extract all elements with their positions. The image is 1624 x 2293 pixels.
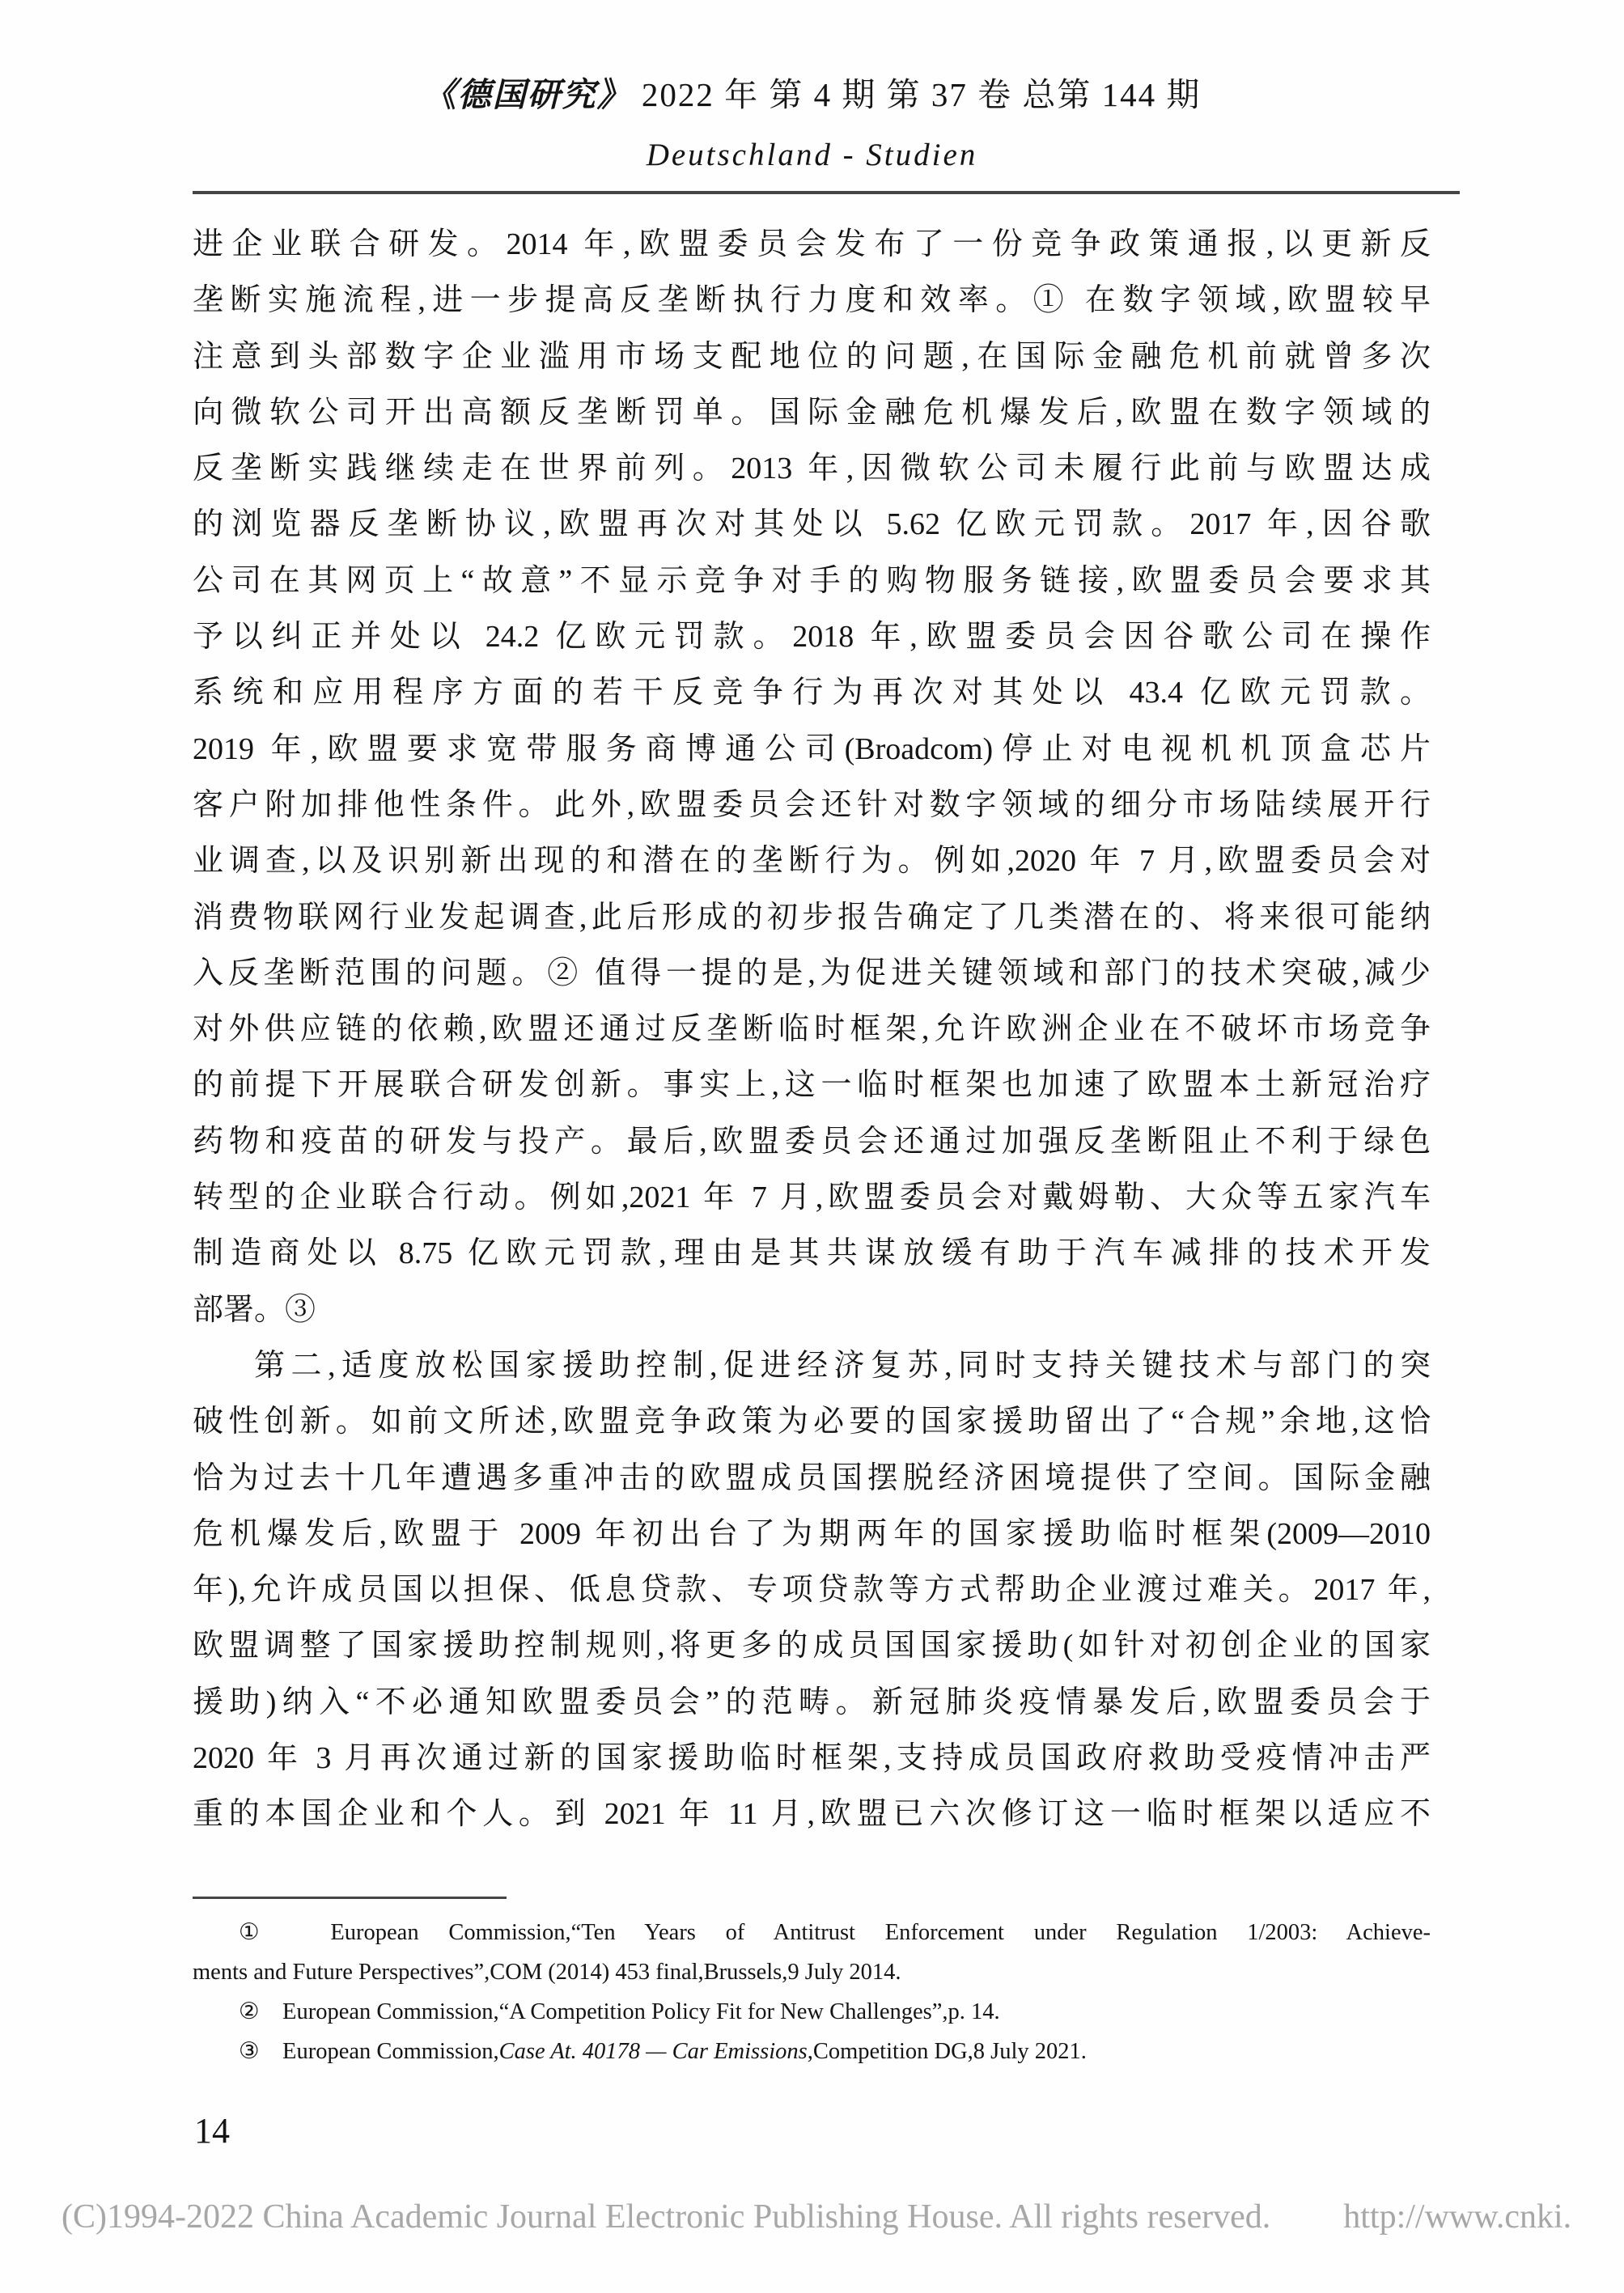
body-line-paragraph-end: 部署。③: [193, 1282, 1431, 1338]
header-divider: [193, 191, 1460, 194]
body-line: 系统和应用程序方面的若干反竞争行为再次对其处以 43.4 亿欧元罚款。: [193, 665, 1431, 721]
body-line: 对外供应链的依赖,欧盟还通过反垄断临时框架,允许欧洲企业在不破坏市场竞争: [193, 1002, 1431, 1057]
body-line: 注意到头部数字企业滥用市场支配地位的问题,在国际金融危机前就曾多次: [193, 329, 1431, 385]
footnote-1-line-1: ① European Commission,“Ten Years of Anti…: [193, 1913, 1431, 1952]
body-line: 向微软公司开出高额反垄断罚单。国际金融危机爆发后,欧盟在数字领域的: [193, 385, 1431, 441]
body-line: 的前提下开展联合研发创新。事实上,这一临时框架也加速了欧盟本土新冠治疗: [193, 1057, 1431, 1113]
body-line: 垄断实施流程,进一步提高反垄断执行力度和效率。① 在数字领域,欧盟较早: [193, 273, 1431, 328]
body-line: 入反垄断范围的问题。② 值得一提的是,为促进关键领域和部门的技术突破,减少: [193, 946, 1431, 1002]
body-line: 重的本国企业和个人。到 2021 年 11 月,欧盟已六次修订这一临时框架以适应…: [193, 1787, 1431, 1842]
page-header: 《德国研究》 2022 年 第 4 期 第 37 卷 总第 144 期 Deut…: [0, 68, 1624, 173]
body-line: 进企业联合研发。2014 年,欧盟委员会发布了一份竞争政策通报,以更新反: [193, 217, 1431, 273]
body-line: 年),允许成员国以担保、低息贷款、专项贷款等方式帮助企业渡过难关。2017 年,: [193, 1562, 1431, 1618]
journal-page: 《德国研究》 2022 年 第 4 期 第 37 卷 总第 144 期 Deut…: [0, 0, 1624, 2293]
body-line: 予以纠正并处以 24.2 亿欧元罚款。2018 年,欧盟委员会因谷歌公司在操作: [193, 609, 1431, 665]
page-number: 14: [194, 2110, 230, 2151]
body-text: 进企业联合研发。2014 年,欧盟委员会发布了一份竞争政策通报,以更新反 垄断实…: [193, 217, 1431, 1843]
copyright-footer: (C)1994-2022 China Academic Journal Elec…: [61, 2198, 1624, 2236]
footnote-3-prefix: ③ European Commission,: [239, 2039, 499, 2064]
journal-title-cn: 《德国研究》: [423, 76, 632, 113]
copyright-notice: (C)1994-2022 China Academic Journal Elec…: [61, 2198, 1270, 2236]
body-line: 反垄断实践继续走在世界前列。2013 年,因微软公司未履行此前与欧盟达成: [193, 441, 1431, 497]
body-line: 破性创新。如前文所述,欧盟竞争政策为必要的国家援助留出了“合规”余地,这恰: [193, 1394, 1431, 1450]
footnotes: ① European Commission,“Ten Years of Anti…: [193, 1913, 1431, 2071]
body-line: 欧盟调整了国家援助控制规则,将更多的成员国国家援助(如针对初创企业的国家: [193, 1618, 1431, 1674]
body-line: 业调查,以及识别新出现的和潜在的垄断行为。例如,2020 年 7 月,欧盟委员会…: [193, 833, 1431, 889]
journal-title-line: 《德国研究》 2022 年 第 4 期 第 37 卷 总第 144 期: [0, 68, 1624, 116]
footnote-3-case-title: Case At. 40178 — Car Emissions: [499, 2039, 808, 2064]
journal-title-de: Deutschland - Studien: [0, 137, 1624, 173]
body-line: 2020 年 3 月再次通过新的国家援助临时框架,支持成员国政府救助受疫情冲击严: [193, 1731, 1431, 1787]
body-line: 的浏览器反垄断协议,欧盟再次对其处以 5.62 亿欧元罚款。2017 年,因谷歌: [193, 497, 1431, 553]
body-line: 转型的企业联合行动。例如,2021 年 7 月,欧盟委员会对戴姆勒、大众等五家汽…: [193, 1170, 1431, 1226]
body-line: 客户附加排他性条件。此外,欧盟委员会还针对数字领域的细分市场陆续展开行: [193, 778, 1431, 833]
footnote-separator: [193, 1897, 507, 1899]
body-line: 危机爆发后,欧盟于 2009 年初出台了为期两年的国家援助临时框架(2009—2…: [193, 1507, 1431, 1562]
footnote-1-line-2: ments and Future Perspectives”,COM (2014…: [193, 1952, 1431, 1992]
body-line: 援助)纳入“不必通知欧盟委员会”的范畴。新冠肺炎疫情暴发后,欧盟委员会于: [193, 1675, 1431, 1731]
footnote-3: ③ European Commission,Case At. 40178 — C…: [193, 2032, 1431, 2071]
body-line: 恰为过去十几年遭遇多重冲击的欧盟成员国摆脱经济困境提供了空间。国际金融: [193, 1451, 1431, 1507]
footnote-2: ② European Commission,“A Competition Pol…: [193, 1992, 1431, 2032]
body-line: 2019 年,欧盟要求宽带服务商博通公司(Broadcom)停止对电视机机顶盒芯…: [193, 722, 1431, 778]
body-line: 制造商处以 8.75 亿欧元罚款,理由是其共谋放缓有助于汽车减排的技术开发: [193, 1226, 1431, 1282]
footnote-3-suffix: ,Competition DG,8 July 2021.: [808, 2039, 1087, 2064]
cnki-url: http://www.cnki.: [1343, 2198, 1571, 2236]
journal-issue-info: 2022 年 第 4 期 第 37 卷 总第 144 期: [642, 76, 1202, 113]
body-line-paragraph-start: 第二,适度放松国家援助控制,促进经济复苏,同时支持关键技术与部门的突: [193, 1338, 1431, 1394]
body-line: 公司在其网页上“故意”不显示竞争对手的购物服务链接,欧盟委员会要求其: [193, 553, 1431, 609]
body-line: 药物和疫苗的研发与投产。最后,欧盟委员会还通过加强反垄断阻止不利于绿色: [193, 1114, 1431, 1170]
body-line: 消费物联网行业发起调查,此后形成的初步报告确定了几类潜在的、将来很可能纳: [193, 890, 1431, 946]
